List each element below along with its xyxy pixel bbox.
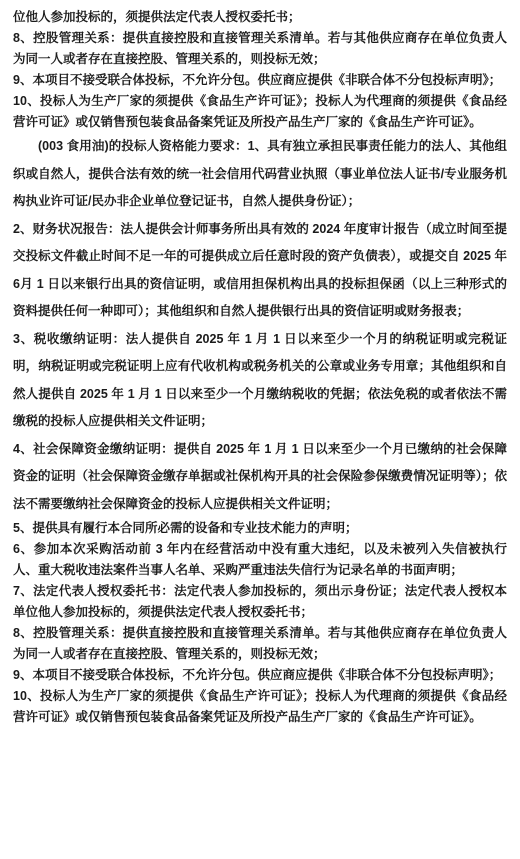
para-3-tax-payment: 3、税收缴纳证明：法人提供自 2025 年 1 月 1 日以来至少一个月的纳税证… xyxy=(13,326,507,436)
para-9-no-consortium: 9、本项目不接受联合体投标，不允许分包。供应商应提供《非联合体不分包投标声明》； xyxy=(13,70,507,91)
document-page: 位他人参加投标的，须提供法定代表人授权委托书； 8、控股管理关系：提供直接控股和… xyxy=(0,0,520,859)
para-4-social-security: 4、社会保障资金缴纳证明：提供自 2025 年 1 月 1 日以来至少一个月已缴… xyxy=(13,436,507,519)
para-10-food-license: 10、投标人为生产厂家的须提供《食品生产许可证》；投标人为代理商的须提供《食品经… xyxy=(13,91,507,133)
para-003-package-qualification: (003 食用油)的投标人资格能力要求：1、具有独立承担民事责任能力的法人、其他… xyxy=(13,133,507,216)
para-2-financial-report: 2、财务状况报告：法人提供会计师事务所出具有效的 2024 年度审计报告（成立时… xyxy=(13,216,507,326)
para-6-no-violations: 6、参加本次采购活动前 3 年内在经营活动中没有重大违纪，以及未被列入失信被执行… xyxy=(13,539,507,581)
para-5-equipment-declaration: 5、提供具有履行本合同所必需的设备和专业技术能力的声明； xyxy=(13,518,507,539)
para-authorization-continuation: 位他人参加投标的，须提供法定代表人授权委托书； xyxy=(13,7,507,28)
para-9-no-consortium-repeat: 9、本项目不接受联合体投标，不允许分包。供应商应提供《非联合体不分包投标声明》； xyxy=(13,665,507,686)
para-8-holding-relationship: 8、控股管理关系：提供直接控股和直接管理关系清单。若与其他供应商存在单位负责人为… xyxy=(13,28,507,70)
para-7-legal-representative: 7、法定代表人授权委托书：法定代表人参加投标的，须出示身份证；法定代表人授权本单… xyxy=(13,581,507,623)
para-10-food-license-repeat: 10、投标人为生产厂家的须提供《食品生产许可证》；投标人为代理商的须提供《食品经… xyxy=(13,686,507,728)
para-8-holding-relationship-repeat: 8、控股管理关系：提供直接控股和直接管理关系清单。若与其他供应商存在单位负责人为… xyxy=(13,623,507,665)
